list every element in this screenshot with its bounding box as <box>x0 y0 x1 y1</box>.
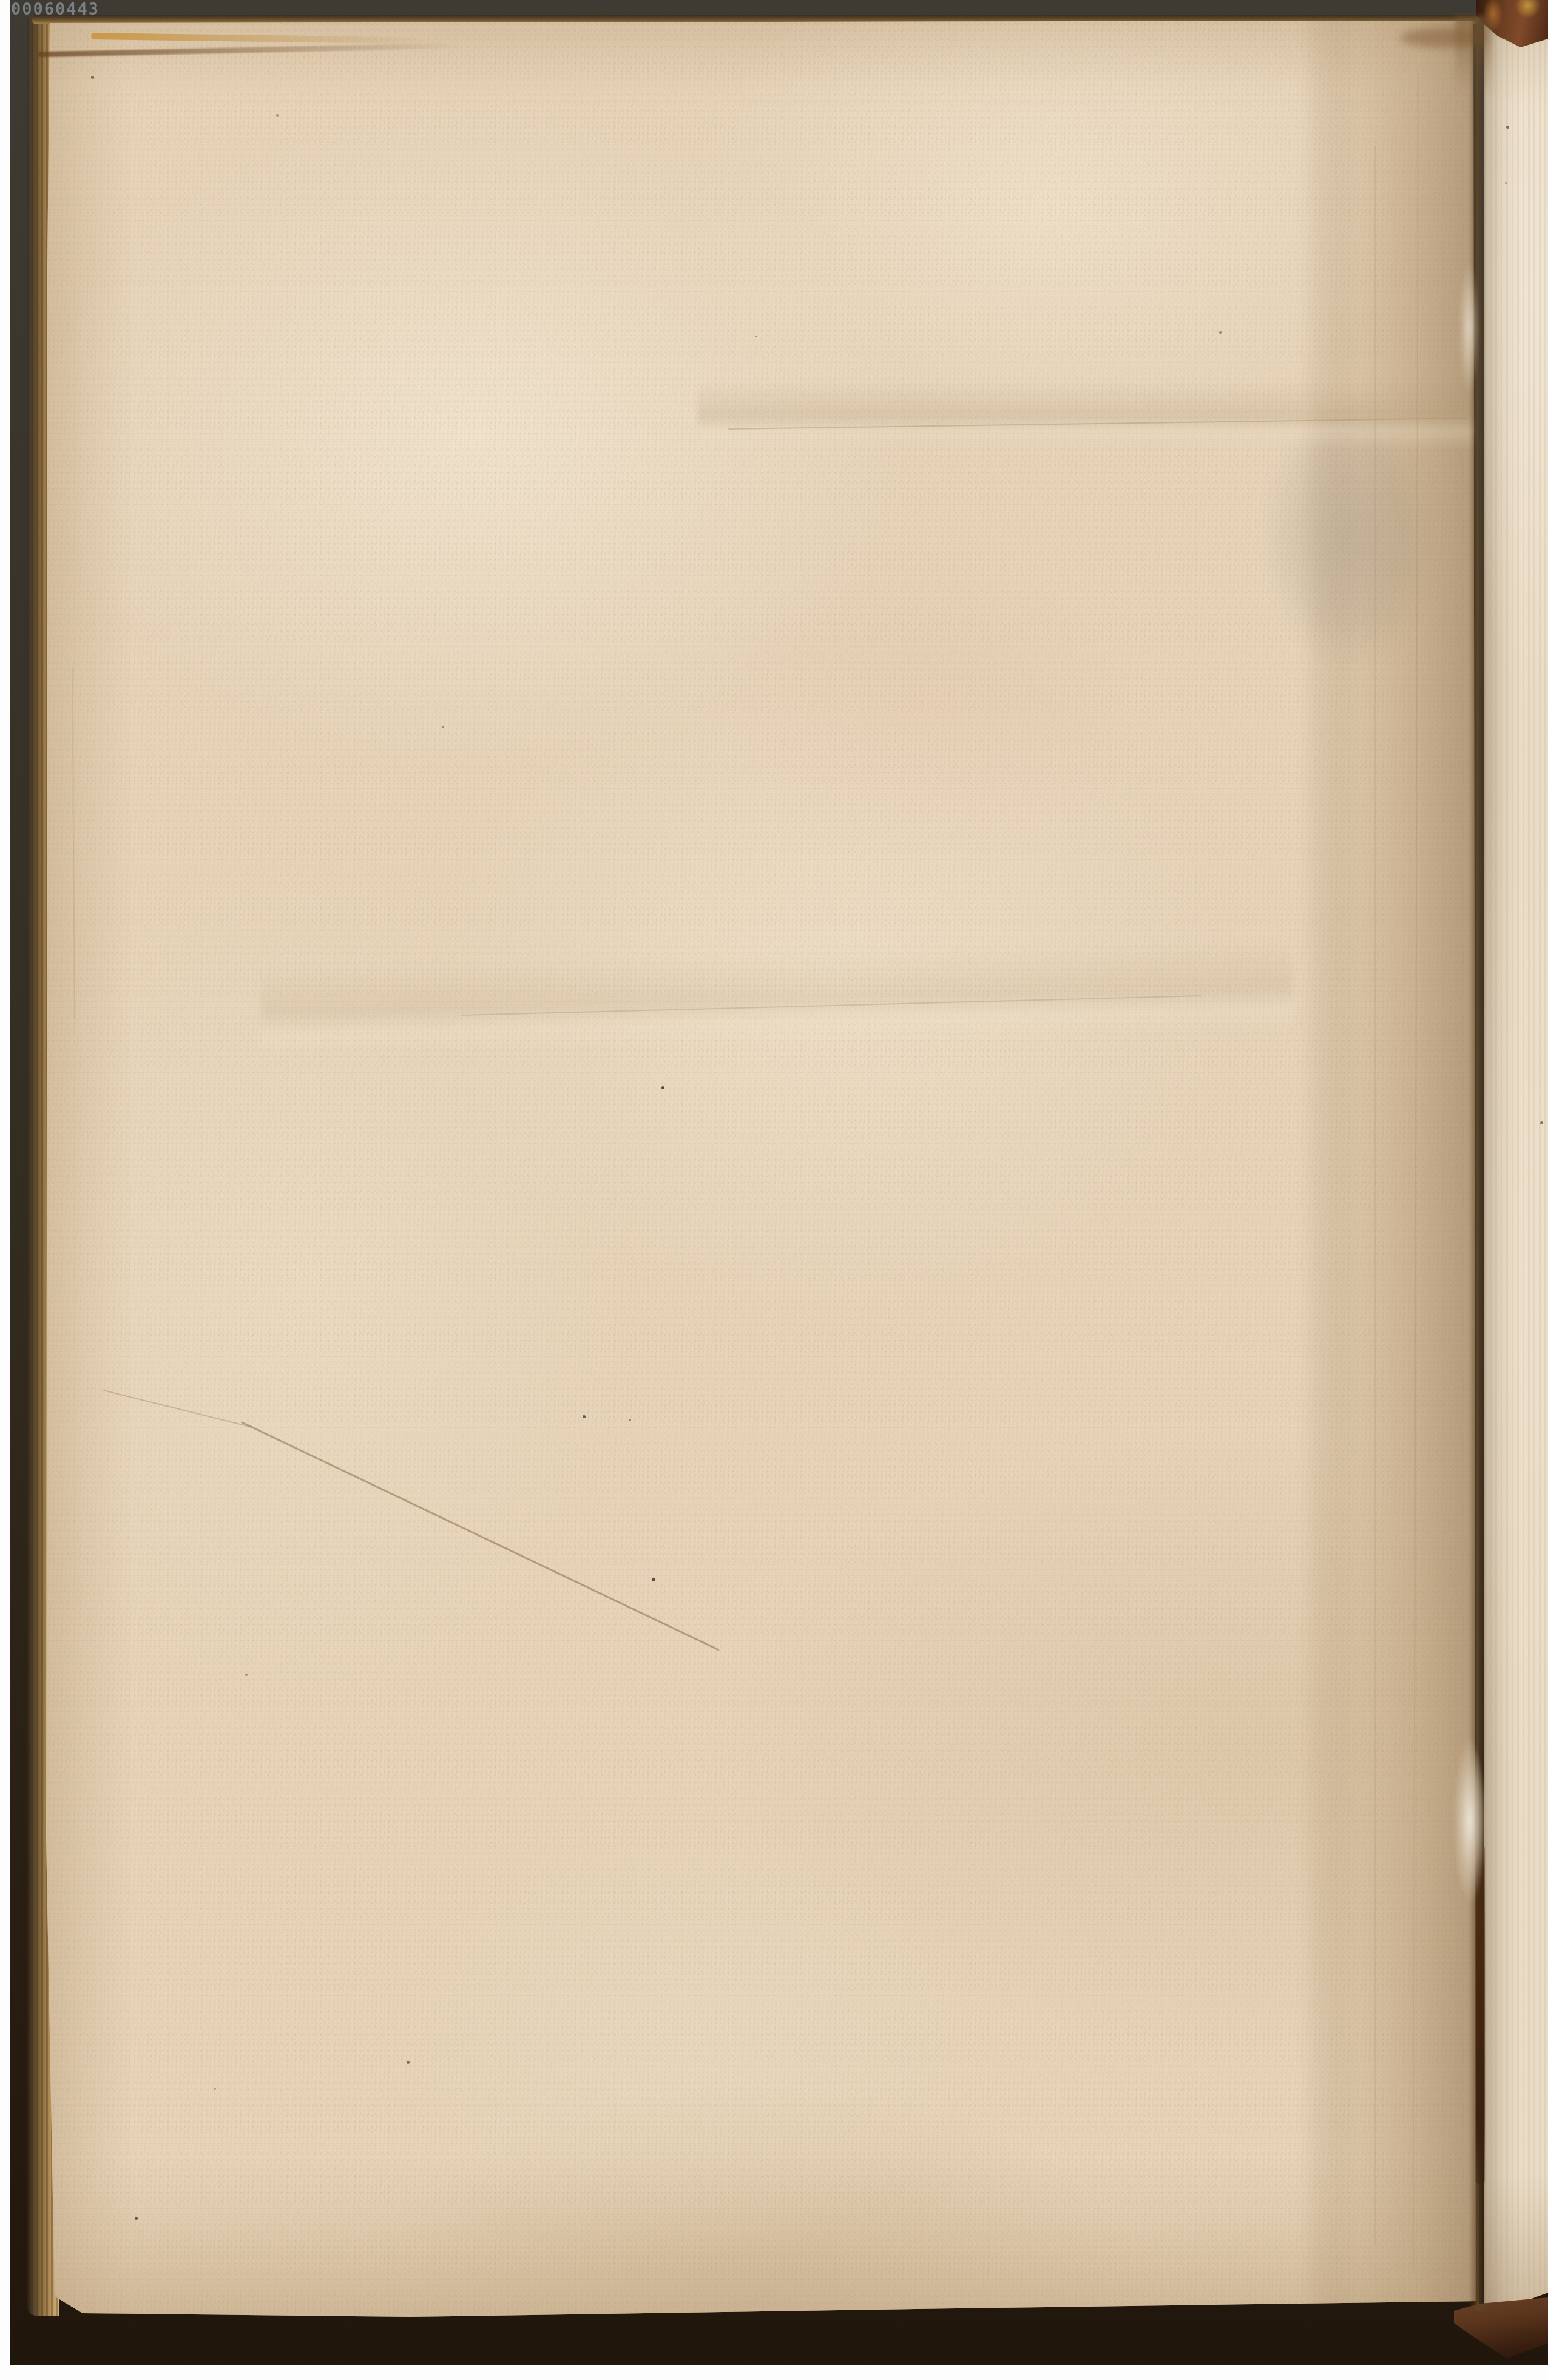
paper-speck <box>1506 126 1509 129</box>
blank-verso-page <box>46 21 1476 2318</box>
book-scan: 00060443 <box>0 0 1548 2380</box>
facing-page-edge <box>1484 16 1548 2311</box>
paper-speck <box>276 114 279 117</box>
scanner-strip-bottom <box>0 2365 1548 2380</box>
paper-speck <box>407 2061 410 2064</box>
gutter-top-shadow <box>1455 16 1492 95</box>
paper-speck <box>1540 1121 1543 1124</box>
paper-speck <box>1505 182 1507 184</box>
paper-speck <box>652 1578 655 1581</box>
paper-speck <box>755 336 757 337</box>
paper-speck <box>661 1086 664 1089</box>
paper-speck <box>442 726 444 728</box>
scanner-strip-left <box>0 0 10 2380</box>
paper-wrinkle <box>698 382 1475 449</box>
paper-speck <box>245 1674 248 1676</box>
scan-watermark-id: 00060443 <box>11 1 100 18</box>
paper-speck <box>583 1415 586 1418</box>
paper-speck <box>214 2088 216 2090</box>
paper-speck <box>135 2217 138 2220</box>
paper-crease <box>1374 146 1376 2245</box>
paper-speck <box>91 76 94 79</box>
paper-speck <box>629 1419 631 1421</box>
paper-speck <box>1219 331 1222 334</box>
